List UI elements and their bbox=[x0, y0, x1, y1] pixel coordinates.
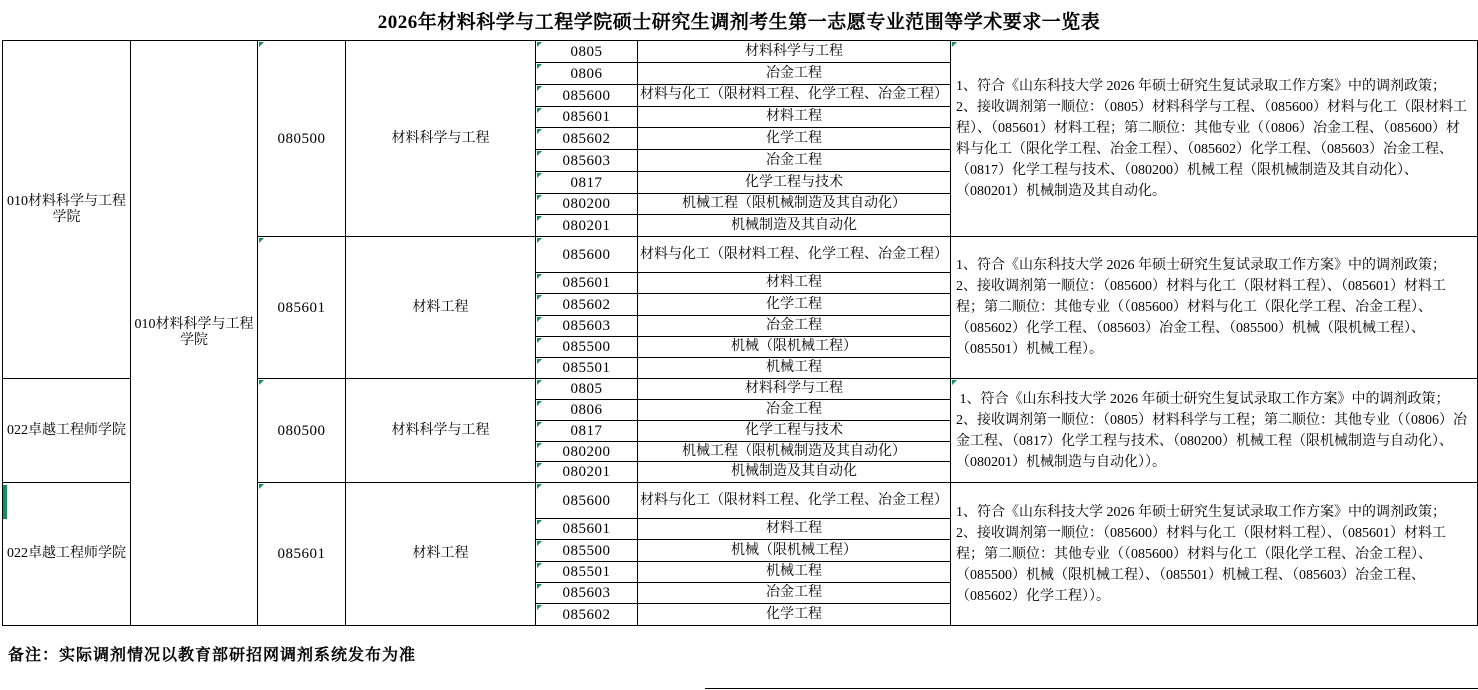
program-name-cell[interactable]: 冶金工程 bbox=[638, 150, 951, 172]
program-code: 080201 bbox=[563, 218, 611, 234]
program-name-cell[interactable]: 材料与化工（限材料工程、化学工程、冶金工程） bbox=[638, 483, 951, 519]
program-code: 085600 bbox=[563, 247, 611, 263]
error-marker-icon bbox=[537, 151, 542, 156]
error-marker-icon bbox=[259, 380, 264, 385]
requirements-cell[interactable]: 1、符合《山东科技大学 2026 年硕士研究生复试录取工作方案》中的调剂政策； … bbox=[951, 237, 1478, 379]
program-code-cell[interactable]: 085500 bbox=[536, 540, 638, 562]
college-group-cell[interactable]: 010材料科学与工程学院 bbox=[131, 41, 258, 626]
program-code: 0805 bbox=[571, 381, 603, 397]
requirement-line: 2、接收调剂第一顺位：（085600）材料与化工（限材料工程）、（085601）… bbox=[956, 523, 1473, 607]
program-name-cell[interactable]: 机械工程（限机械制造及其自动化） bbox=[638, 442, 951, 462]
error-marker-icon bbox=[537, 605, 542, 610]
error-marker-icon bbox=[537, 238, 542, 243]
error-marker-icon bbox=[537, 173, 542, 178]
program-code: 085600 bbox=[563, 493, 611, 509]
bottom-gridline bbox=[705, 688, 1478, 689]
program-code-cell[interactable]: 0805 bbox=[536, 41, 638, 63]
requirement-line: 2、接收调剂第一顺位：（0805）材料科学与工程、（085600）材料与化工（限… bbox=[956, 97, 1473, 202]
program-code-cell[interactable]: 0817 bbox=[536, 172, 638, 194]
program-code-cell[interactable]: 085602 bbox=[536, 128, 638, 150]
error-marker-icon bbox=[537, 274, 542, 279]
program-code: 0806 bbox=[571, 66, 603, 82]
program-name-cell[interactable]: 材料工程 bbox=[638, 519, 951, 540]
program-name-cell[interactable]: 化学工程 bbox=[638, 604, 951, 626]
requirement-line: 1、符合《山东科技大学 2026 年硕士研究生复试录取工作方案》中的调剂政策； bbox=[956, 76, 1446, 97]
major-code: 085601 bbox=[278, 300, 326, 316]
program-code-cell[interactable]: 085603 bbox=[536, 583, 638, 604]
major-code: 080500 bbox=[278, 131, 326, 147]
program-code: 085501 bbox=[563, 564, 611, 580]
transfer-requirements-table: 010材料科学与工程学院 022卓越工程师学院 022卓越工程师学院 010材料… bbox=[2, 40, 1478, 626]
program-code-cell[interactable]: 080200 bbox=[536, 442, 638, 462]
error-marker-icon bbox=[259, 484, 264, 489]
requirement-line: 1、符合《山东科技大学 2026 年硕士研究生复试录取工作方案》中的调剂政策； bbox=[956, 255, 1446, 276]
major-code-cell[interactable]: 080500 bbox=[258, 379, 346, 483]
program-code: 085601 bbox=[563, 521, 611, 537]
requirement-line: 2、接收调剂第一顺位：（085600）材料与化工（限材料工程）、（085601）… bbox=[956, 276, 1473, 360]
program-name-cell[interactable]: 机械（限机械工程） bbox=[638, 540, 951, 562]
program-name-cell[interactable]: 机械制造及其自动化 bbox=[638, 215, 951, 237]
program-name-cell[interactable]: 冶金工程 bbox=[638, 316, 951, 337]
program-name-cell[interactable]: 材料工程 bbox=[638, 107, 951, 128]
major-name-cell[interactable]: 材料工程 bbox=[346, 237, 536, 379]
major-name-cell[interactable]: 材料科学与工程 bbox=[346, 41, 536, 237]
program-code: 085602 bbox=[563, 297, 611, 313]
error-marker-icon bbox=[537, 338, 542, 343]
green-edge-marker bbox=[3, 485, 7, 519]
major-code: 080500 bbox=[278, 423, 326, 439]
program-code-cell[interactable]: 085602 bbox=[536, 294, 638, 316]
error-marker-icon bbox=[952, 380, 957, 385]
program-code-cell[interactable]: 0806 bbox=[536, 400, 638, 421]
program-code: 0806 bbox=[571, 402, 603, 418]
program-code-cell[interactable]: 085600 bbox=[536, 85, 638, 107]
program-name-cell[interactable]: 机械工程（限机械制造及其自动化） bbox=[638, 194, 951, 215]
program-code: 085602 bbox=[563, 607, 611, 623]
program-code-cell[interactable]: 085602 bbox=[536, 604, 638, 626]
error-marker-icon bbox=[537, 401, 542, 406]
program-code-cell[interactable]: 085601 bbox=[536, 519, 638, 540]
requirement-line: 1、符合《山东科技大学 2026 年硕士研究生复试录取工作方案》中的调剂政策； bbox=[956, 502, 1446, 523]
error-marker-icon bbox=[537, 195, 542, 200]
footer-note: 备注：实际调剂情况以教育部研招网调剂系统发布为准 bbox=[8, 642, 416, 665]
error-marker-icon bbox=[259, 42, 264, 47]
program-name-cell[interactable]: 材料科学与工程 bbox=[638, 379, 951, 400]
error-marker-icon bbox=[537, 380, 542, 385]
program-code: 0817 bbox=[571, 175, 603, 191]
program-code: 085601 bbox=[563, 275, 611, 291]
program-name-cell[interactable]: 化学工程 bbox=[638, 294, 951, 316]
program-code-cell[interactable]: 080200 bbox=[536, 194, 638, 215]
college-cell[interactable]: 022卓越工程师学院 bbox=[3, 483, 131, 626]
program-name-cell[interactable]: 机械制造及其自动化 bbox=[638, 462, 951, 483]
program-code: 080201 bbox=[563, 464, 611, 480]
requirements-cell[interactable]: 1、符合《山东科技大学 2026 年硕士研究生复试录取工作方案》中的调剂政策； … bbox=[951, 41, 1478, 237]
requirements-cell[interactable]: 1、符合《山东科技大学 2026 年硕士研究生复试录取工作方案》中的调剂政策； … bbox=[951, 379, 1478, 483]
error-marker-icon bbox=[259, 238, 264, 243]
program-code: 085602 bbox=[563, 131, 611, 147]
program-code-cell[interactable]: 085601 bbox=[536, 273, 638, 294]
program-code-cell[interactable]: 0817 bbox=[536, 421, 638, 442]
program-code: 085600 bbox=[563, 88, 611, 104]
error-marker-icon bbox=[537, 317, 542, 322]
program-code-cell[interactable]: 085601 bbox=[536, 107, 638, 128]
program-name-cell[interactable]: 机械工程 bbox=[638, 562, 951, 583]
major-code-cell[interactable]: 085601 bbox=[258, 483, 346, 626]
program-code: 085500 bbox=[563, 339, 611, 355]
program-code: 085603 bbox=[563, 585, 611, 601]
program-code-cell[interactable]: 080201 bbox=[536, 462, 638, 483]
program-code: 085601 bbox=[563, 109, 611, 125]
error-marker-icon bbox=[537, 295, 542, 300]
error-marker-icon bbox=[537, 108, 542, 113]
program-name-cell[interactable]: 材料科学与工程 bbox=[638, 41, 951, 63]
program-code-cell[interactable]: 085600 bbox=[536, 483, 638, 519]
error-marker-icon bbox=[537, 541, 542, 546]
program-code: 085603 bbox=[563, 318, 611, 334]
program-name-cell[interactable]: 化学工程 bbox=[638, 128, 951, 150]
error-marker-icon bbox=[537, 443, 542, 448]
worksheet: 2026年材料科学与工程学院硕士研究生调剂考生第一志愿专业范围等学术要求一览表 … bbox=[0, 0, 1478, 690]
college-cell[interactable]: 010材料科学与工程学院 bbox=[3, 41, 131, 379]
program-name-cell[interactable]: 材料工程 bbox=[638, 273, 951, 294]
program-code-cell[interactable]: 085501 bbox=[536, 562, 638, 583]
college-cell[interactable]: 022卓越工程师学院 bbox=[3, 379, 131, 483]
program-code: 085501 bbox=[563, 360, 611, 376]
program-code-cell[interactable]: 085603 bbox=[536, 150, 638, 172]
error-marker-icon bbox=[952, 42, 957, 47]
requirement-line: 1、符合《山东科技大学 2026 年硕士研究生复试录取工作方案》中的调剂政策； bbox=[956, 389, 1450, 410]
program-code: 080200 bbox=[563, 444, 611, 460]
program-name-cell[interactable]: 材料与化工（限材料工程、化学工程、冶金工程） bbox=[638, 85, 951, 107]
program-name-cell[interactable]: 冶金工程 bbox=[638, 583, 951, 604]
program-name-cell[interactable]: 化学工程与技术 bbox=[638, 421, 951, 442]
requirements-cell[interactable]: 1、符合《山东科技大学 2026 年硕士研究生复试录取工作方案》中的调剂政策； … bbox=[951, 483, 1478, 626]
program-code: 0817 bbox=[571, 423, 603, 439]
major-code: 085601 bbox=[278, 546, 326, 562]
program-code: 085603 bbox=[563, 153, 611, 169]
requirement-line: 2、接收调剂第一顺位：（0805）材料科学与工程；第二顺位：其他专业（（0806… bbox=[956, 410, 1473, 473]
program-code-cell[interactable]: 0806 bbox=[536, 63, 638, 85]
program-code-cell[interactable]: 085500 bbox=[536, 337, 638, 358]
program-name-cell[interactable]: 冶金工程 bbox=[638, 400, 951, 421]
program-code-cell[interactable]: 085600 bbox=[536, 237, 638, 273]
major-name-cell[interactable]: 材料科学与工程 bbox=[346, 379, 536, 483]
error-marker-icon bbox=[537, 422, 542, 427]
error-marker-icon bbox=[537, 484, 542, 489]
program-code-cell[interactable]: 0805 bbox=[536, 379, 638, 400]
error-marker-icon bbox=[537, 86, 542, 91]
program-code-cell[interactable]: 085501 bbox=[536, 358, 638, 379]
program-code-cell[interactable]: 085603 bbox=[536, 316, 638, 337]
error-marker-icon bbox=[537, 64, 542, 69]
error-marker-icon bbox=[537, 463, 542, 468]
program-name-cell[interactable]: 冶金工程 bbox=[638, 63, 951, 85]
error-marker-icon bbox=[537, 359, 542, 364]
program-name-cell[interactable]: 机械（限机械工程） bbox=[638, 337, 951, 358]
error-marker-icon bbox=[537, 42, 542, 47]
error-marker-icon bbox=[537, 584, 542, 589]
program-code: 0805 bbox=[571, 44, 603, 60]
program-name-cell[interactable]: 材料与化工（限材料工程、化学工程、冶金工程） bbox=[638, 237, 951, 273]
program-code: 085500 bbox=[563, 543, 611, 559]
program-name-cell[interactable]: 机械工程 bbox=[638, 358, 951, 379]
table-title: 2026年材料科学与工程学院硕士研究生调剂考生第一志愿专业范围等学术要求一览表 bbox=[0, 0, 1478, 40]
major-code-cell[interactable]: 080500 bbox=[258, 41, 346, 237]
program-code-cell[interactable]: 080201 bbox=[536, 215, 638, 237]
program-name-cell[interactable]: 化学工程与技术 bbox=[638, 172, 951, 194]
error-marker-icon bbox=[537, 563, 542, 568]
major-name-cell[interactable]: 材料工程 bbox=[346, 483, 536, 626]
error-marker-icon bbox=[537, 129, 542, 134]
error-marker-icon bbox=[537, 520, 542, 525]
program-code: 080200 bbox=[563, 196, 611, 212]
major-code-cell[interactable]: 085601 bbox=[258, 237, 346, 379]
error-marker-icon bbox=[537, 216, 542, 221]
